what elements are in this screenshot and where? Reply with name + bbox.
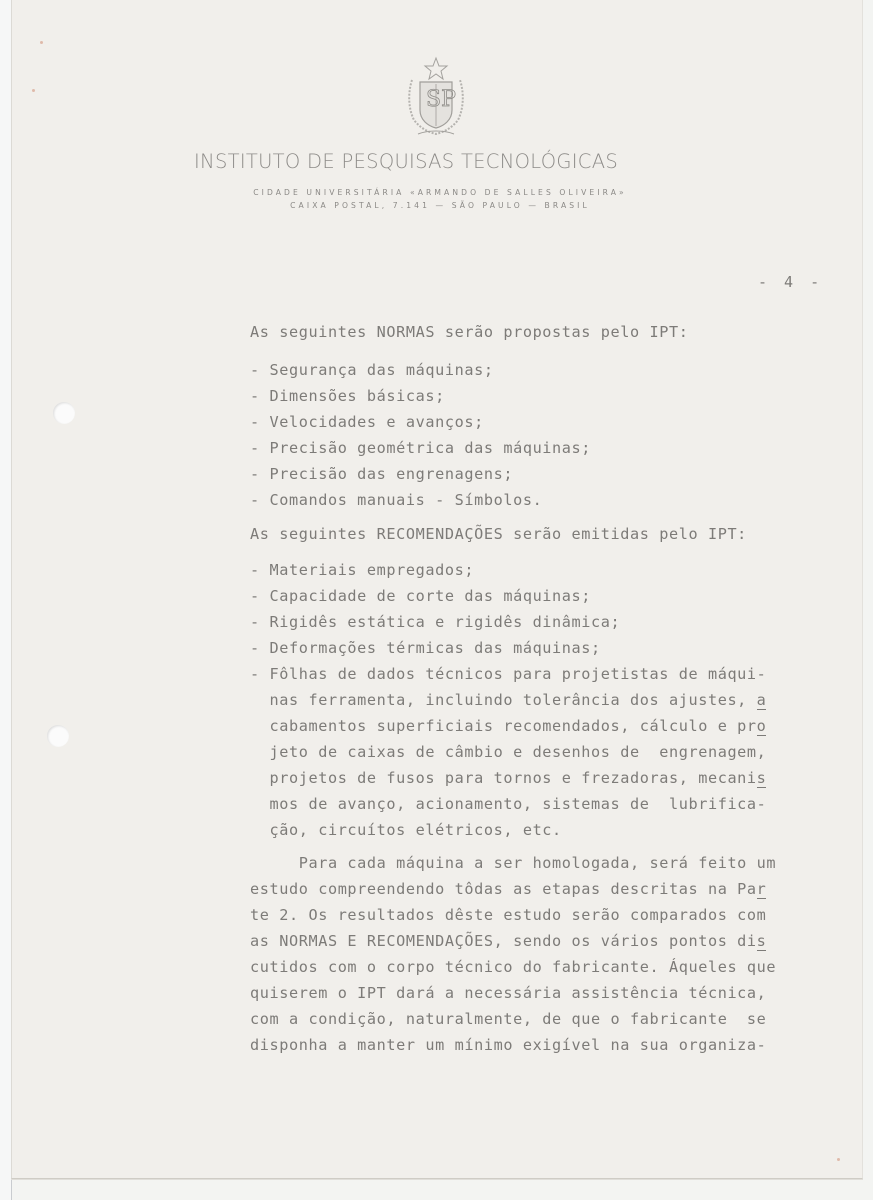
paragraph-line: estudo compreendendo tôdas as etapas des… [250,880,766,898]
punch-hole-bottom [47,725,69,747]
paragraph-line: Para cada máquina a ser homologada, será… [250,854,776,872]
normas-item: - Dimensões básicas; [250,387,445,405]
recomendacoes-item: - Materiais empregados; [250,561,474,579]
recomendacoes-item-long-line: cabamentos superficiais recomendados, cá… [250,717,766,735]
recomendacoes-item: - Capacidade de corte das máquinas; [250,587,591,605]
paper-speck [32,89,35,92]
recomendacoes-item-long-line: mos de avanço, acionamento, sistemas de … [250,795,766,813]
address-line-1: CIDADE UNIVERSITÁRIA «ARMANDO DE SALLES … [180,188,700,197]
recomendacoes-item-long-line: - Fôlhas de dados técnicos para projetis… [250,665,766,683]
normas-item: - Segurança das máquinas; [250,361,494,379]
paper-speck [837,1158,840,1161]
svg-text:SP: SP [426,87,456,112]
address-line-2: CAIXA POSTAL, 7.141 — SÃO PAULO — BRASIL [180,201,700,210]
recomendacoes-item-long-line: jeto de caixas de câmbio e desenhos de e… [250,743,766,761]
normas-item: - Precisão geométrica das máquinas; [250,439,591,457]
normas-item: - Precisão das engrenagens; [250,465,513,483]
normas-item: - Comandos manuais - Símbolos. [250,491,542,509]
paper-speck [40,41,43,44]
paragraph-line: as NORMAS E RECOMENDAÇÕES, sendo os vári… [250,932,766,950]
normas-item: - Velocidades e avanços; [250,413,484,431]
paragraph-line: disponha a manter um mínimo exigível na … [250,1036,766,1054]
institution-name: INSTITUTO DE PESQUISAS TECNOLÓGICAS [194,150,694,173]
recomendacoes-intro: As seguintes RECOMENDAÇÕES serão emitida… [250,525,747,543]
recomendacoes-item: - Deformações térmicas das máquinas; [250,639,601,657]
recomendacoes-item-long-line: nas ferramenta, incluindo tolerância dos… [250,691,766,709]
recomendacoes-item: - Rigidês estática e rigidês dinâmica; [250,613,620,631]
page-number: - 4 - [758,273,823,291]
recomendacoes-item-long-line: ção, circuítos elétricos, etc. [250,821,562,839]
normas-intro: As seguintes NORMAS serão propostas pelo… [250,323,688,341]
punch-hole-top [53,402,75,424]
paragraph-line: cutidos com o corpo técnico do fabricant… [250,958,776,976]
paragraph-line: com a condição, naturalmente, de que o f… [250,1010,766,1028]
paragraph-line: te 2. Os resultados dêste estudo serão c… [250,906,766,924]
sp-coat-of-arms-icon: SP [404,56,468,138]
recomendacoes-item-long-line: projetos de fusos para tornos e frezador… [250,769,766,787]
paragraph-line: quiserem o IPT dará a necessária assistê… [250,984,766,1002]
